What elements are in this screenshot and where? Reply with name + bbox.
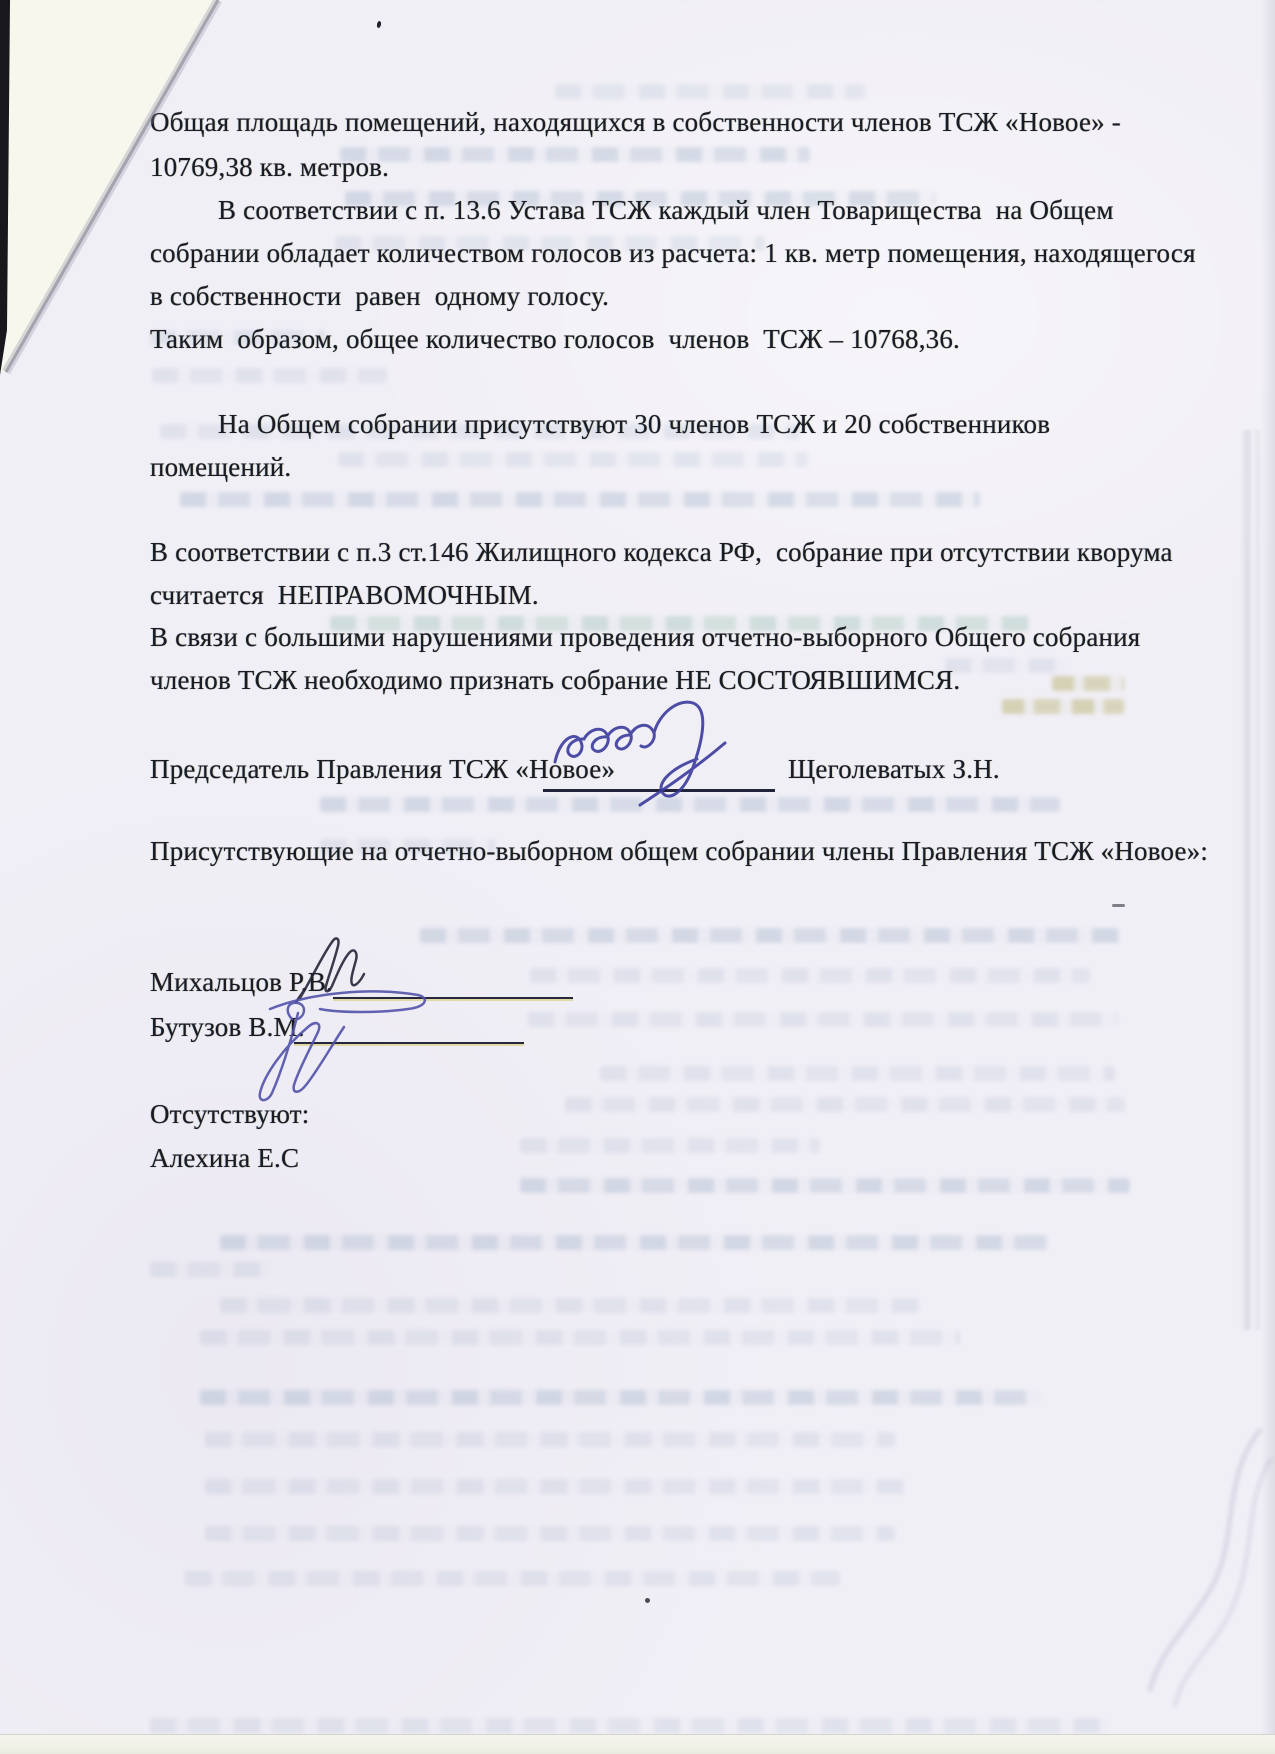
- document-line: В соответствии с п. 13.6 Устава ТСЖ кажд…: [218, 193, 1114, 227]
- bleed-through-line: [150, 1262, 270, 1277]
- document-line: Общая площадь помещений, находящихся в с…: [150, 105, 1121, 139]
- bleed-through-line: [150, 1718, 1110, 1733]
- document-line: В соответствии с п.3 ст.146 Жилищного ко…: [150, 535, 1173, 569]
- chairman-name: Щеголеватых З.Н.: [788, 752, 1000, 786]
- bleed-through-line: [520, 1178, 1130, 1193]
- bottom-scan-strip: [0, 1734, 1275, 1754]
- bleed-through-line: [945, 658, 1065, 673]
- document-line: помещений.: [150, 450, 291, 484]
- document-line: На Общем собрании присутствуют 30 членов…: [218, 407, 1050, 441]
- bleed-through-line: [338, 452, 808, 467]
- bleed-through-line: [200, 1390, 1040, 1405]
- bleed-through-line: [528, 1012, 1118, 1027]
- page-crease: [1240, 430, 1262, 1330]
- bleed-through-line: [185, 1571, 840, 1586]
- absent-member-name: Алехина Е.С: [150, 1141, 299, 1175]
- bleed-through-line: [200, 1330, 960, 1345]
- document-line: считается НЕПРАВОМОЧНЫМ.: [150, 578, 539, 612]
- bleed-through-line: [220, 1298, 920, 1313]
- document-line: собрании обладает количеством голосов из…: [150, 236, 1196, 270]
- bleed-through-line: [205, 1526, 895, 1541]
- bleed-through-line: [530, 968, 1090, 983]
- scan-edge-shade: [1261, 0, 1275, 1754]
- bleed-through-line: [220, 1235, 1050, 1250]
- bleed-through-line: [520, 1138, 820, 1153]
- bleed-through-line: [1002, 699, 1124, 714]
- bleed-through-line: [1052, 676, 1124, 691]
- bleed-through-line: [205, 1432, 895, 1447]
- member-signature-ink: [240, 975, 450, 1110]
- ink-speck: [376, 21, 381, 29]
- bleed-through-line: [340, 147, 810, 162]
- document-line: Таким образом, общее количество голосов …: [150, 322, 960, 356]
- bleed-through-line: [565, 1097, 1125, 1112]
- ink-speck: [645, 1598, 650, 1603]
- bleed-through-line: [420, 928, 1120, 943]
- bleed-through-line: [555, 84, 865, 99]
- document-line: В связи с большими нарушениями проведени…: [150, 620, 1140, 654]
- present-heading: Присутствующие на отчетно-выборном общем…: [150, 834, 1208, 868]
- ink-speck: [1112, 904, 1125, 907]
- bleed-through-line: [205, 1479, 905, 1494]
- page-corner-fold: [0, 0, 260, 400]
- bleed-through-line: [600, 1066, 1115, 1081]
- absent-heading: Отсутствуют:: [150, 1097, 310, 1131]
- scanned-document-page: Общая площадь помещений, находящихся в с…: [0, 0, 1275, 1754]
- chairman-signature-ink: [545, 688, 785, 818]
- bleed-through-signature: [1120, 1420, 1275, 1720]
- bleed-through-line: [180, 492, 980, 507]
